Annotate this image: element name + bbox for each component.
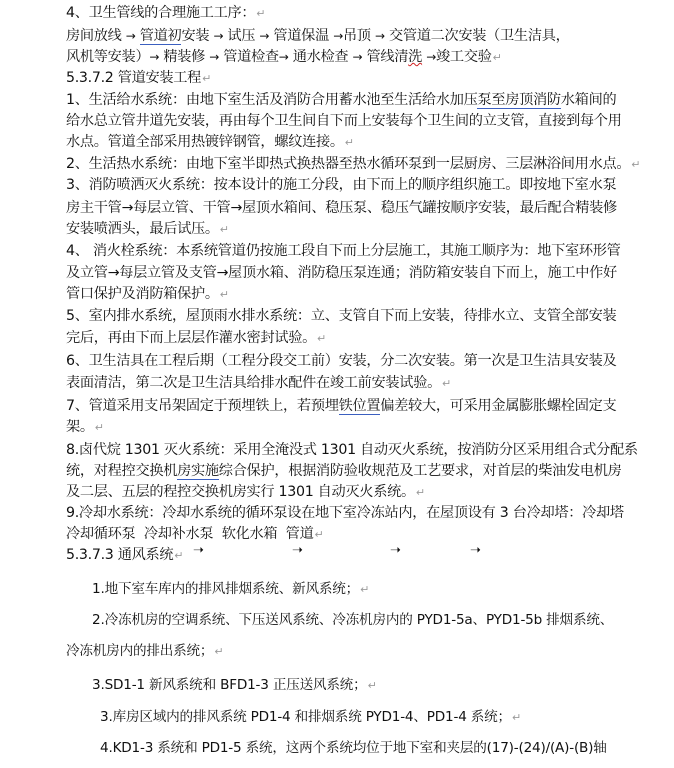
grammar-flag-text: 铁位置 bbox=[339, 398, 381, 415]
arrow-right-icon: → bbox=[209, 50, 219, 64]
heading-5372: 5.3.7.2 管道安装工程↵ bbox=[66, 69, 211, 88]
step-text: 安装 bbox=[181, 28, 209, 44]
arrow-right-icon: ➝ bbox=[470, 543, 481, 558]
paragraph-mark-icon: ↵ bbox=[442, 377, 451, 390]
step-text: 试压 bbox=[227, 28, 255, 44]
body-text: 统，对程控交换机 bbox=[66, 463, 177, 479]
body-text: 及二层、五层的程控交换机房实行 1301 自动灭火系统。 bbox=[66, 484, 415, 500]
section-title-text: 4、卫生管线的合理施工工序： bbox=[66, 5, 255, 21]
arrow-right-icon: ➝ bbox=[292, 543, 303, 558]
paragraph-mark-icon: ↵ bbox=[220, 223, 229, 236]
document-page: 4、卫生管线的合理施工工序：↵ 房间放线 → 管道初安装 → 试压 → 管道保温… bbox=[0, 0, 674, 768]
spelling-flag-text: 洗 bbox=[408, 49, 422, 65]
vent-item-3: 3.SD1-1 新风系统和 BFD1-3 正压送风系统；↵ bbox=[92, 676, 377, 695]
arrow-right-icon: → bbox=[333, 29, 343, 43]
body-text: 安装喷洒头，最后试压。 bbox=[66, 221, 219, 237]
body-text: 2、生活热水系统：由地下室半即热式换热器至热水循环泵到一层厨房、三层淋浴间用水点… bbox=[66, 156, 630, 172]
body-text: 水点。管道全部采用热镀锌钢管，螺纹连接。 bbox=[66, 134, 344, 150]
body-text: 表面清洁，第二次是卫生洁具给排水配件在竣工前安装试验。 bbox=[66, 375, 441, 391]
paragraph-mark-icon: ↵ bbox=[345, 136, 354, 149]
p5-line-2: 完后，再由下而上层层作灌水密封试验。↵ bbox=[66, 329, 326, 348]
body-text: 3.库房区域内的排风系统 PD1-4 和排烟系统 PYD1-4、PD1-4 系统… bbox=[100, 709, 511, 725]
arrow-right-icon: → bbox=[375, 29, 385, 43]
paragraph-mark-icon: ↵ bbox=[317, 332, 326, 345]
p3-line-1: 3、消防喷洒灭火系统：按本设计的施工分段，由下而上的顺序组织施工。即按地下室水泵 bbox=[66, 176, 616, 194]
vent-item-3b: 3.库房区域内的排风系统 PD1-4 和排烟系统 PYD1-4、PD1-4 系统… bbox=[100, 708, 521, 727]
paragraph-mark-icon: ↵ bbox=[512, 711, 521, 724]
p4-line-3: 管口保护及消防箱保护。↵ bbox=[66, 285, 229, 304]
body-text: 1、生活给水系统：由地下室生活及消防合用蓄水池至生活给水加压 bbox=[66, 92, 477, 108]
p1-line-3: 水点。管道全部采用热镀锌钢管，螺纹连接。↵ bbox=[66, 133, 354, 152]
step-text: 房间放线 bbox=[66, 28, 122, 44]
p5-line-1: 5、室内排水系统，屋顶雨水排水系统：立、支管自下而上安装，待排水立、支管全部安装 bbox=[66, 307, 616, 325]
step-text-grammar-flag: 管道初 bbox=[140, 28, 182, 45]
p3-line-2: 房主干管→每层立管、干管→屋顶水箱间、稳压泵、稳压气罐按顺序安装，最后配合精装修 bbox=[66, 199, 617, 217]
arrow-right-icon: → bbox=[149, 50, 159, 64]
body-text: 综合保护，根据消防验收规范及工艺要求，对首层的柴油发电机房 bbox=[219, 463, 622, 479]
body-text: 管口保护及消防箱保护。 bbox=[66, 286, 219, 302]
p7-line-1: 7、管道采用支吊架固定于预埋铁上，若预埋铁位置偏差较大，可采用金属膨胀螺栓固定支 bbox=[66, 397, 616, 415]
p9-line-2: 冷却循环泵 冷却补水泵 软化水箱 管道↵ bbox=[66, 525, 323, 544]
arrow-right-icon: ➝ bbox=[193, 543, 204, 558]
step-text: 管线清 bbox=[367, 49, 409, 65]
p7-line-2: 架。↵ bbox=[66, 418, 104, 437]
p8-line-2: 统，对程控交换机房实施综合保护，根据消防验收规范及工艺要求，对首层的柴油发电机房 bbox=[66, 462, 622, 480]
heading-text: 5.3.7.2 管道安装工程 bbox=[66, 70, 201, 86]
paragraph-mark-icon: ↵ bbox=[314, 528, 323, 541]
p2-line-1: 2、生活热水系统：由地下室半即热式换热器至热水循环泵到一层厨房、三层淋浴间用水点… bbox=[66, 155, 640, 174]
p3-line-3: 安装喷洒头，最后试压。↵ bbox=[66, 220, 229, 239]
p4-line-1: 4、 消火栓系统：本系统管道仍按施工段自下而上分层施工，其施工顺序为：地下室环形… bbox=[66, 242, 621, 260]
vent-item-4: 4.KD1-3 系统和 PD1-5 系统，这两个系统均位于地下室和夹层的(17)… bbox=[100, 739, 607, 757]
paragraph-mark-icon: ↵ bbox=[360, 583, 369, 596]
grammar-flag-text: 房实施 bbox=[177, 463, 219, 480]
p9-line-1: 9.冷却水系统：冷却水系统的循环泵设在地下室冷冻站内，在屋顶设有 3 台冷却塔：… bbox=[66, 504, 624, 522]
section-4-title: 4、卫生管线的合理施工工序：↵ bbox=[66, 4, 265, 23]
paragraph-mark-icon: ↵ bbox=[220, 288, 229, 301]
p6-line-1: 6、卫生洁具在工程后期（工程分段交工前）安装，分二次安装。第一次是卫生洁具安装及 bbox=[66, 352, 616, 370]
body-text: 偏差较大，可采用金属膨胀螺栓固定支 bbox=[380, 398, 616, 414]
sequence-line-1: 房间放线 → 管道初安装 → 试压 → 管道保温 →吊顶 → 交管道二次安装（卫… bbox=[66, 27, 569, 45]
vent-item-2: 2.冷冻机房的空调系统、下压送风系统、冷冻机房内的 PYD1-5a、PYD1-5… bbox=[92, 611, 613, 629]
step-text: 精装修 bbox=[163, 49, 205, 65]
paragraph-mark-icon: ↵ bbox=[493, 51, 502, 64]
p6-line-2: 表面清洁，第二次是卫生洁具给排水配件在竣工前安装试验。↵ bbox=[66, 374, 451, 393]
sequence-line-2: 风机等安装）→ 精装修 → 管道检查→ 通水检查 → 管线清洗 →竣工交验↵ bbox=[66, 48, 502, 67]
paragraph-mark-icon: ↵ bbox=[174, 549, 183, 562]
p1-line-2: 给水总立管井道先安装，再由每个卫生间自下而上安装每个卫生间的立支管，直接到每个用 bbox=[66, 112, 622, 130]
body-text: 3.SD1-1 新风系统和 BFD1-3 正压送风系统； bbox=[92, 677, 367, 693]
paragraph-mark-icon: ↵ bbox=[214, 645, 223, 658]
heading-5373: 5.3.7.3 通风系统↵ bbox=[66, 546, 183, 565]
step-text: 吊顶 bbox=[343, 28, 371, 44]
arrow-right-icon: → bbox=[279, 50, 289, 64]
step-text: 通水检查 bbox=[293, 49, 349, 65]
arrow-right-icon: → bbox=[213, 29, 223, 43]
step-text: 风机等安装） bbox=[66, 49, 149, 65]
step-text: 管道检查 bbox=[223, 49, 279, 65]
arrow-right-icon: → bbox=[353, 50, 363, 64]
p8-line-1: 8.卤代烷 1301 灭火系统：采用全淹没式 1301 自动灭火系统，按消防分区… bbox=[66, 441, 638, 459]
step-text: 竣工交验 bbox=[436, 49, 492, 65]
body-text: 冷却循环泵 冷却补水泵 软化水箱 管道 bbox=[66, 526, 313, 542]
arrow-right-icon: → bbox=[126, 29, 136, 43]
body-text: 7、管道采用支吊架固定于预埋铁上，若预埋 bbox=[66, 398, 339, 414]
step-text: 交管道二次安装（卫生洁具， bbox=[389, 28, 570, 44]
paragraph-mark-icon: ↵ bbox=[256, 7, 265, 20]
arrow-right-icon: → bbox=[259, 29, 269, 43]
grammar-flag-text: 泵至房顶消防 bbox=[477, 92, 560, 109]
body-text: 1.地下室车库内的排风排烟系统、新风系统； bbox=[92, 581, 359, 597]
paragraph-mark-icon: ↵ bbox=[631, 158, 640, 171]
step-text: 管道保温 bbox=[273, 28, 329, 44]
body-text: 水箱间的 bbox=[561, 92, 617, 108]
p4-line-2: 及立管→每层立管及支管→屋顶水箱、消防稳压泵连通；消防箱安装自下而上，施工中作好 bbox=[66, 264, 617, 282]
body-text: 完后，再由下而上层层作灌水密封试验。 bbox=[66, 330, 316, 346]
p8-line-3: 及二层、五层的程控交换机房实行 1301 自动灭火系统。↵ bbox=[66, 483, 425, 502]
vent-item-1: 1.地下室车库内的排风排烟系统、新风系统；↵ bbox=[92, 580, 369, 599]
body-text: 架。 bbox=[66, 419, 94, 435]
arrow-right-icon: → bbox=[426, 50, 436, 64]
paragraph-mark-icon: ↵ bbox=[368, 679, 377, 692]
vent-item-2-cont: 冷冻机房内的排出系统；↵ bbox=[66, 642, 223, 661]
paragraph-mark-icon: ↵ bbox=[202, 72, 211, 85]
paragraph-mark-icon: ↵ bbox=[416, 486, 425, 499]
paragraph-mark-icon: ↵ bbox=[95, 421, 104, 434]
p1-line-1: 1、生活给水系统：由地下室生活及消防合用蓄水池至生活给水加压泵至房顶消防水箱间的 bbox=[66, 91, 616, 109]
arrow-right-icon: ➝ bbox=[390, 543, 401, 558]
heading-text: 5.3.7.3 通风系统 bbox=[66, 547, 173, 563]
body-text: 冷冻机房内的排出系统； bbox=[66, 643, 213, 659]
